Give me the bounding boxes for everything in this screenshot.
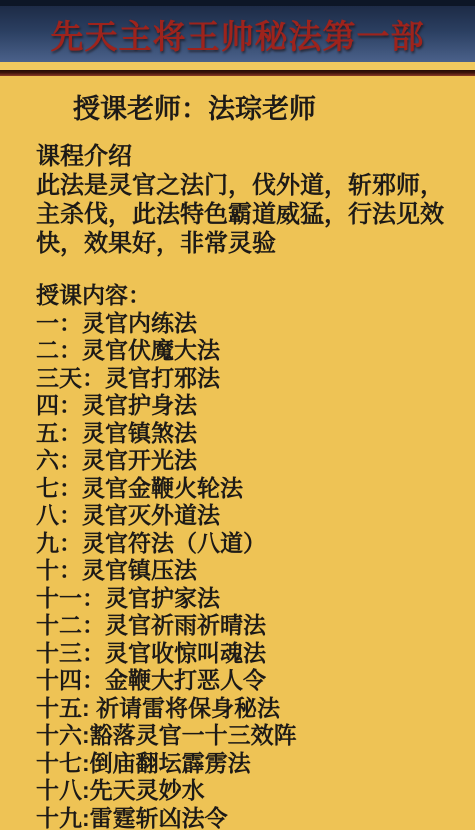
poster-body: 授课老师：法琮老师 课程介绍 此法是灵官之法门，伐外道，斩邪师， 主杀伐，此法特… [0,76,475,830]
list-item: 十二：灵官祈雨祈晴法 [36,612,451,640]
title-banner: 先天主将王帅秘法第一部 [0,6,475,62]
list-item: 二：灵官伏魔大法 [36,337,451,365]
list-item: 十六:豁落灵官一十三效阵 [36,722,451,750]
list-item: 十三：灵官收惊叫魂法 [36,640,451,668]
intro-heading: 课程介绍 [36,142,451,171]
course-intro-section: 课程介绍 此法是灵官之法门，伐外道，斩邪师， 主杀伐，此法特色霸道威猛，行法见效… [36,142,451,258]
list-item: 十九:雷霆斩凶法令 [36,805,451,830]
list-item: 十五: 祈请雷将保身秘法 [36,695,451,723]
intro-text-line: 此法是灵官之法门，伐外道，斩邪师， [36,171,451,200]
list-item: 七：灵官金鞭火轮法 [36,475,451,503]
teacher-heading: 授课老师：法琮老师 [73,93,451,125]
list-item: 十八:先天灵妙水 [36,777,451,805]
list-item: 十：灵官镇压法 [36,557,451,585]
content-heading: 授课内容： [36,282,451,310]
intro-text-line: 快，效果好，非常灵验 [36,229,451,258]
list-item: 一：灵官内练法 [36,310,451,338]
list-item: 十七:倒庙翻坛霹雳法 [36,750,451,778]
list-item: 四：灵官护身法 [36,392,451,420]
poster-title: 先天主将王帅秘法第一部 [51,11,425,58]
course-content-section: 授课内容： 一：灵官内练法 二：灵官伏魔大法 三天：灵官打邪法 四：灵官护身法 … [36,282,451,830]
intro-text-line: 主杀伐，此法特色霸道威猛，行法见效 [36,200,451,229]
list-item: 十一：灵官护家法 [36,585,451,613]
course-poster: 先天主将王帅秘法第一部 授课老师：法琮老师 课程介绍 此法是灵官之法门，伐外道，… [0,0,475,830]
list-item: 五：灵官镇煞法 [36,420,451,448]
gold-strip [0,62,475,70]
list-item: 九：灵官符法（八道） [36,530,451,558]
list-item: 三天：灵官打邪法 [36,365,451,393]
list-item: 八：灵官灭外道法 [36,502,451,530]
list-item: 十四：金鞭大打恶人令 [36,667,451,695]
list-item: 六：灵官开光法 [36,447,451,475]
